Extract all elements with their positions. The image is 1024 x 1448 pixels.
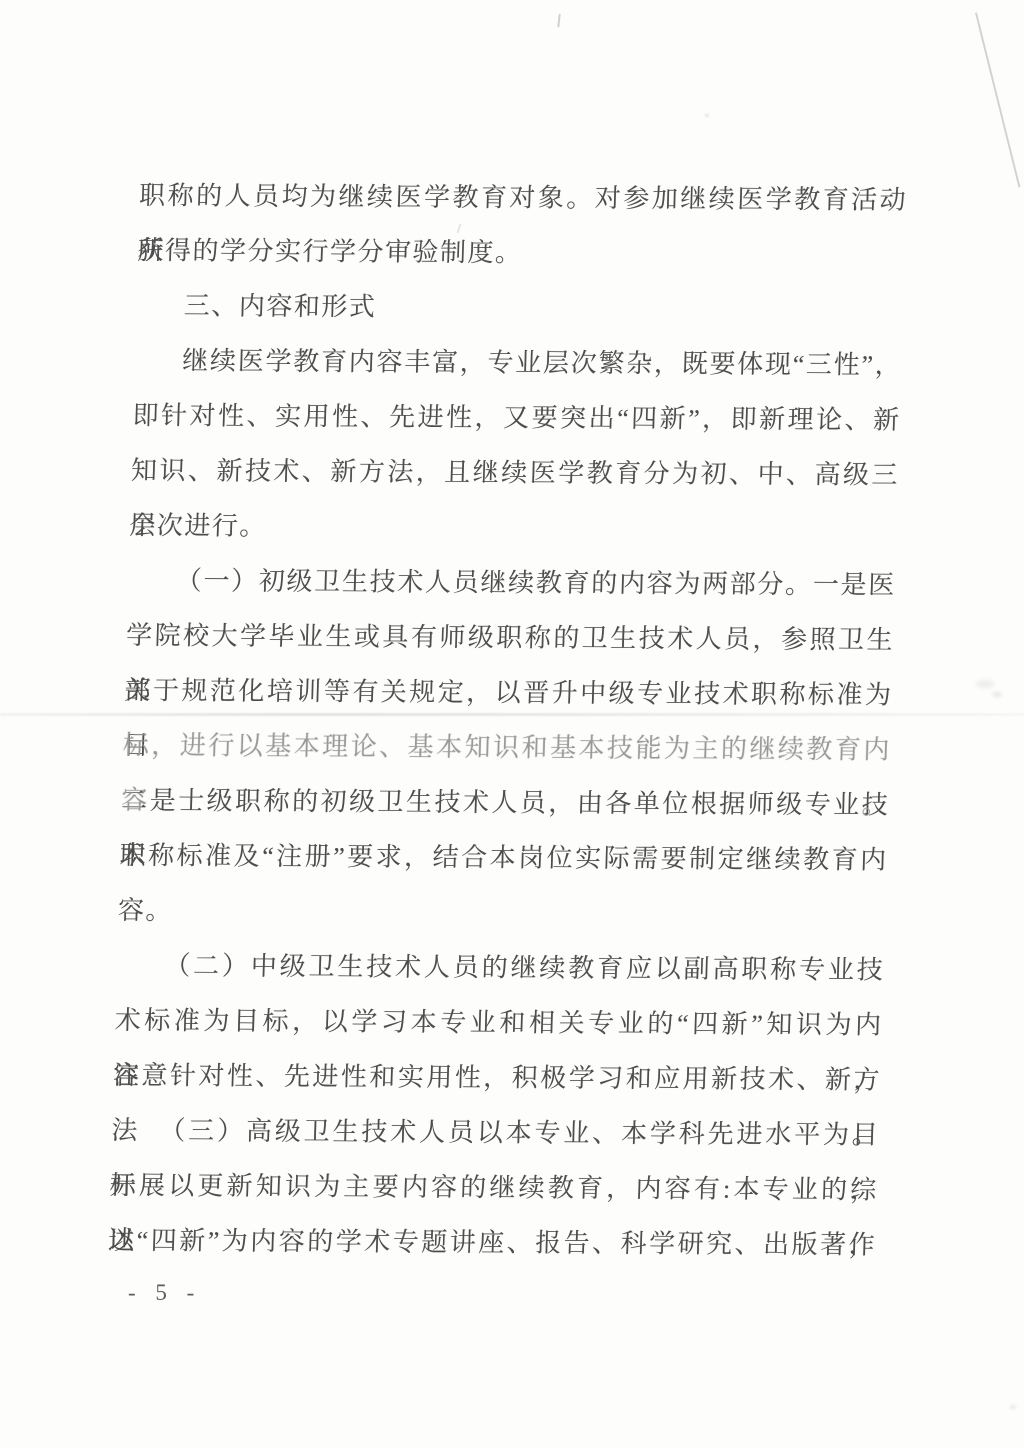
scan-smudge-artifact <box>976 680 994 688</box>
scan-tick-artifact <box>557 14 560 27</box>
text-line: 职称的人员均为继续医学教育对象。对参加继续医学教育活动所 <box>138 168 908 228</box>
text-line: 继续医学教育内容丰富，专业层次繁杂，既要体现“三性”， <box>133 333 903 393</box>
page-number: - 5 - <box>128 1280 201 1306</box>
scan-smudge-artifact <box>992 692 1002 697</box>
text-line: 开展以更新知识为主要内容的继续教育，内容有:本专业的综述， <box>109 1158 879 1218</box>
text-line: （三）高级卫生技术人员以本专业、本学科先进水平为目标， <box>111 1103 881 1163</box>
text-line: 注意针对性、先进性和实用性，积极学习和应用新技术、新方法。 <box>112 1048 882 1108</box>
document-text-block: 职称的人员均为继续医学教育对象。对参加继续医学教育活动所 获得的学分实行学分审验… <box>107 168 908 1273</box>
text-line: 层次进行。 <box>129 498 899 558</box>
text-line-faded: 标，进行以基本理论、基本知识和基本技能为主的继续教育内容。 <box>122 718 892 778</box>
text-line: 学院校大学毕业生或具有师级职称的卫生技术人员，参照卫生部 <box>125 608 895 668</box>
scan-scratch-artifact <box>975 13 1020 188</box>
text-line: （一）初级卫生技术人员继续教育的内容为两部分。一是医 <box>127 553 897 613</box>
scan-speck-artifact <box>1010 1405 1016 1409</box>
text-line: 术标准为目标，以学习本专业和相关专业的“四新”知识为内容， <box>114 993 884 1053</box>
text-line: 即针对性、实用性、先进性，又要突出“四新”，即新理论、新 <box>132 388 902 448</box>
text-line: 关于规范化培训等有关规定，以晋升中级专业技术职称标准为目 <box>124 663 894 723</box>
text-line: （二）中级卫生技术人员的继续教育应以副高职称专业技 <box>116 938 886 998</box>
scanned-document-page: 职称的人员均为继续医学教育对象。对参加继续医学教育活动所 获得的学分实行学分审验… <box>0 0 1024 1448</box>
section-heading: 三、内容和形式 <box>135 278 905 338</box>
scan-speck-artifact <box>705 114 709 117</box>
text-line: 获得的学分实行学分审验制度。 <box>137 223 907 283</box>
text-line: 容。 <box>117 883 887 943</box>
text-line: 以“四新”为内容的学术专题讲座、报告、科学研究、出版著作 <box>107 1213 877 1273</box>
text-line: 知识、新技术、新方法，且继续医学教育分为初、中、高级三个 <box>130 443 900 503</box>
text-line: 职称标准及“注册”要求，结合本岗位实际需要制定继续教育内 <box>119 828 889 888</box>
